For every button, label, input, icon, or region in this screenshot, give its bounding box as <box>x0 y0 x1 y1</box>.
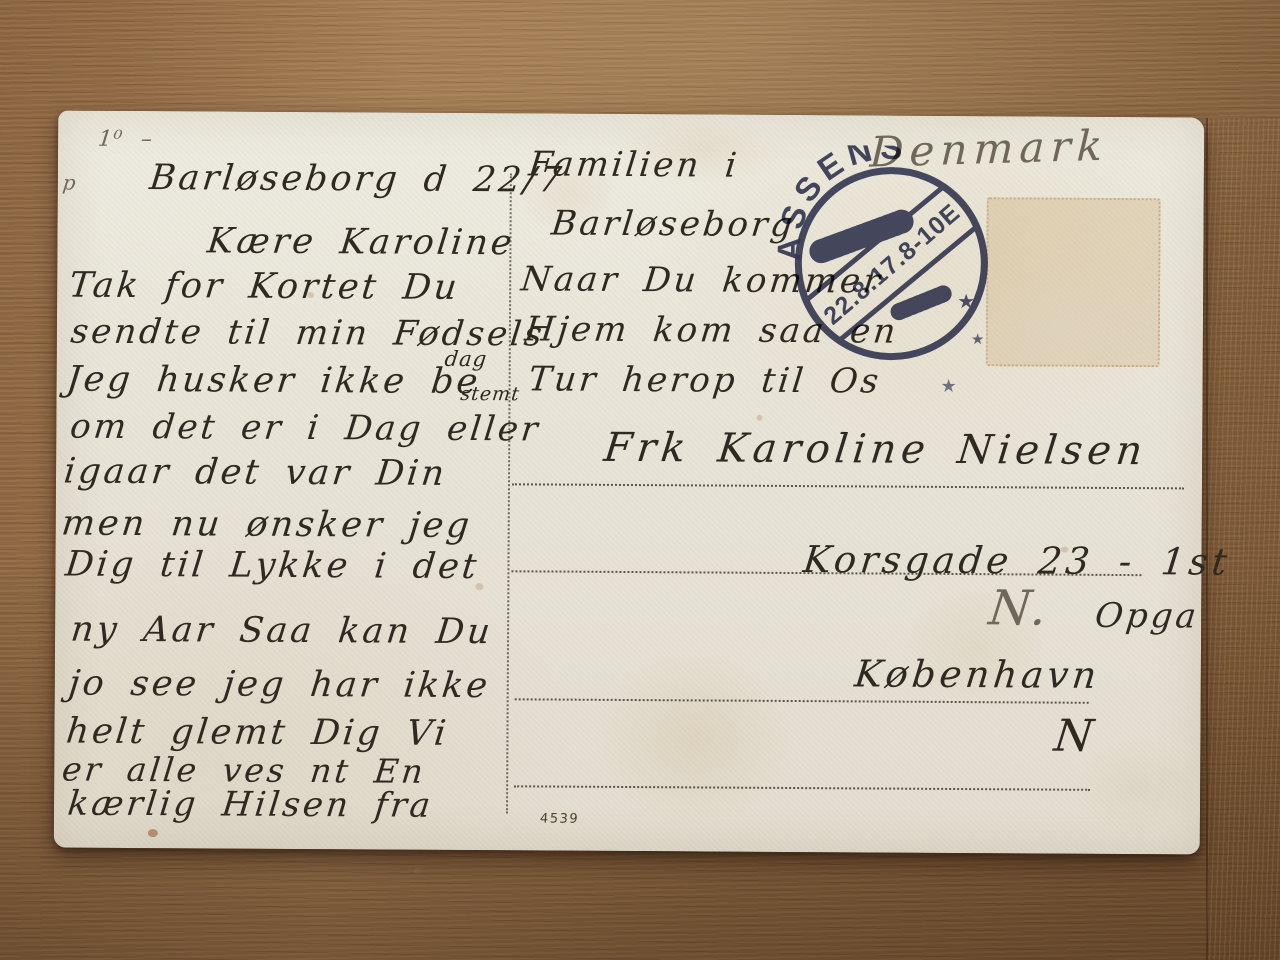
message-line: Tak for Kortet Du <box>67 269 461 306</box>
card-print-number: 4539 <box>539 811 579 826</box>
message-line: er alle ves nt En <box>60 753 427 788</box>
message-line: igaar det var Din <box>62 455 449 492</box>
message-line: kærlig Hilsen fra <box>66 787 435 823</box>
address-city: København <box>853 655 1102 693</box>
message-line: Jeg husker ikke be <box>65 363 483 401</box>
message-line: Barløseborg <box>550 207 797 242</box>
address-line-3 <box>515 698 1089 704</box>
address-entrance: Opga <box>1093 599 1200 634</box>
foxing-dot <box>414 868 421 874</box>
address-line-1 <box>512 483 1184 489</box>
removed-stamp-residue <box>986 197 1161 367</box>
message-line: helt glemt Dig Vi <box>65 715 451 752</box>
photo-of-postcard-on-wooden-table: 4539 1⁰ – p Barløseborg d 22/7 Kære Karo… <box>0 0 1280 960</box>
message-line: Dig til Lykke i det <box>64 548 481 586</box>
foxing-dot <box>756 415 762 421</box>
message-line: Kære Karoline <box>206 224 517 261</box>
address-street: Korsgade 23 - 1st <box>801 541 1232 581</box>
pencil-price-note: 1⁰ – <box>97 129 154 151</box>
postmark-star: ★ <box>971 332 985 348</box>
message-line: jo see jeg har ikke <box>67 667 492 705</box>
postcard-back: 4539 1⁰ – p Barløseborg d 22/7 Kære Karo… <box>54 111 1204 855</box>
message-line: men nu ønsker jeg <box>60 507 474 544</box>
pencil-corner-mark: p <box>62 173 78 193</box>
postmark-ornament-band-small <box>899 294 943 312</box>
postmark-star: ★ <box>957 291 975 313</box>
address-line-4 <box>514 785 1090 791</box>
message-line: om det er i Dag eller <box>68 410 542 447</box>
postmark-stamp: ASSENS 22.8.17.8-10E ★ ★ ★ <box>773 145 1011 398</box>
card-center-divider-line <box>506 173 512 813</box>
postmark-star: ★ <box>941 376 957 396</box>
address-entrance-pencil: N. <box>987 584 1053 632</box>
message-line: sendte til min Fødsels <box>69 315 546 352</box>
address-recipient: Frk Karoline Nielsen <box>602 428 1149 471</box>
foxing-dot <box>148 829 158 837</box>
stain-blob <box>594 654 795 825</box>
address-district: N <box>1052 715 1098 759</box>
wood-plank-seam <box>1206 118 1280 960</box>
message-line: ny Aar Saa kan Du <box>69 613 495 651</box>
message-line: Barløseborg d 22/7 <box>148 161 566 199</box>
message-line: Familien i <box>527 147 741 182</box>
message-inserted-word: stemt <box>459 385 520 404</box>
